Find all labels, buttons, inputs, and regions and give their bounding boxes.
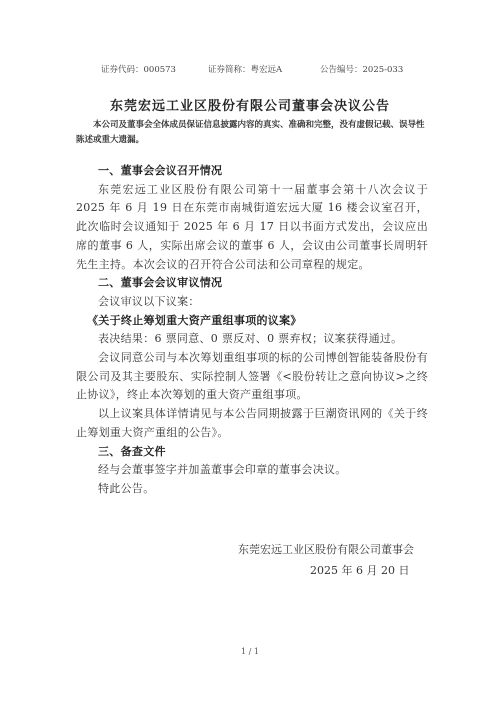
voting-result: 表决结果：6 票同意、0 票反对、0 票弃权；议案获得通过。 xyxy=(76,330,428,349)
signature-date: 2025 年 6 月 20 日 xyxy=(310,561,409,581)
section-2-intro: 会议审议以下议案： xyxy=(76,293,428,312)
document-body: 一、董事会会议召开情况 东莞宏远工业区股份有限公司第十一届董事会第十八次会议于2… xyxy=(76,162,428,499)
section-heading-3: 三、备查文件 xyxy=(76,443,428,462)
section-2-paragraph: 会议同意公司与本次筹划重组事项的标的公司博创智能装备股份有限公司及其主要股东、实… xyxy=(76,349,428,405)
section-2-paragraph: 以上议案具体详情请见与本公告同期披露于巨潮资讯网的《关于终止筹划重大资产重组的公… xyxy=(76,405,428,442)
stock-code: 证券代码：000573 xyxy=(101,63,176,75)
section-heading-1: 一、董事会会议召开情况 xyxy=(76,162,428,181)
announcement-number: 公告编号：2025-033 xyxy=(320,63,403,75)
proposal-title: 《关于终止筹划重大资产重组事项的议案》 xyxy=(76,312,428,331)
section-1-paragraph: 东莞宏远工业区股份有限公司第十一届董事会第十八次会议于2025 年 6 月 19… xyxy=(76,181,428,275)
document-title: 东莞宏远工业区股份有限公司董事会决议公告 xyxy=(0,95,500,114)
closing-statement: 特此公告。 xyxy=(76,480,428,499)
stock-abbreviation: 证券简称：粤宏远A xyxy=(208,63,282,75)
signature-company: 东莞宏远工业区股份有限公司董事会 xyxy=(238,540,414,560)
disclaimer-statement: 本公司及董事会全体成员保证信息披露内容的真实、准确和完整，没有虚假记载、误导性陈… xyxy=(76,118,428,148)
page-indicator: 1 / 1 xyxy=(0,647,500,656)
section-heading-2: 二、董事会会议审议情况 xyxy=(76,274,428,293)
reference-document: 经与会董事签字并加盖董事会印章的董事会决议。 xyxy=(76,461,428,480)
